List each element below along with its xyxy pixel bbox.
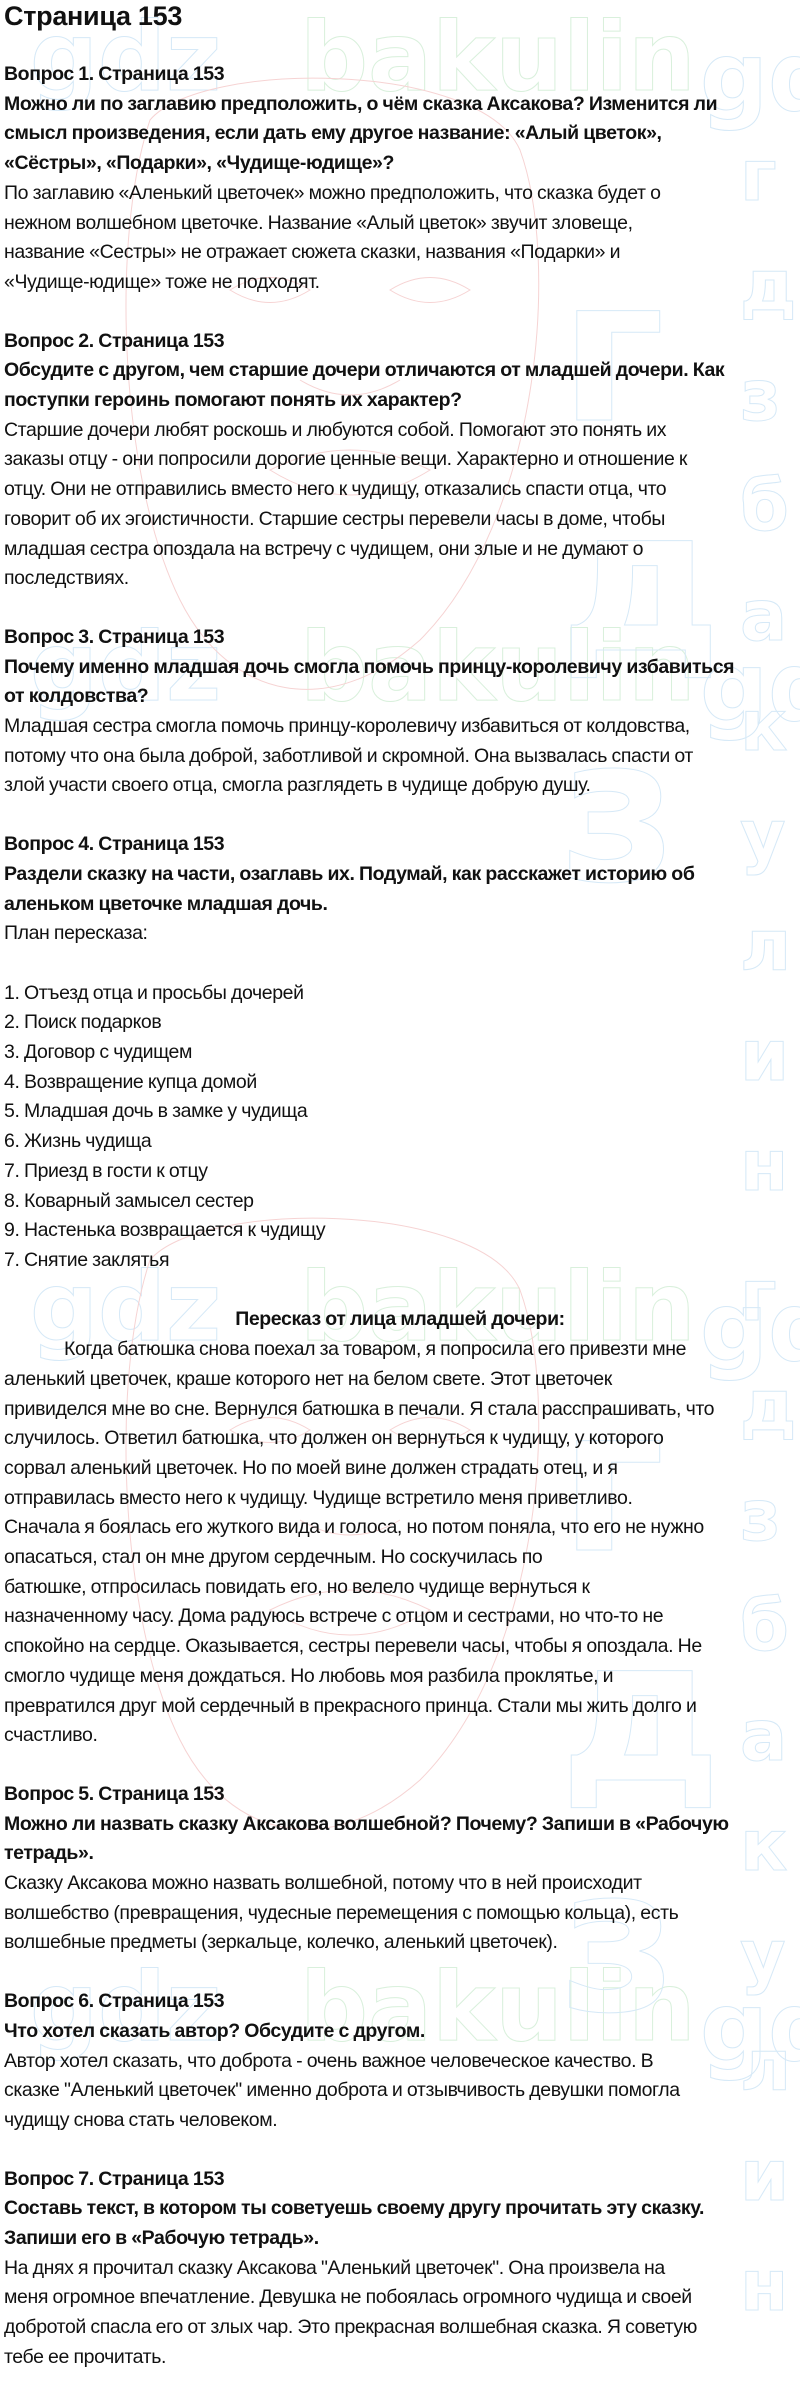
question-text-line: поступки героинь помогают понять их хара… xyxy=(4,386,796,416)
question-text-line: Обсудите с другом, чем старшие дочери от… xyxy=(4,356,796,386)
plan-list-item: 3. Договор с чудищем xyxy=(4,1038,796,1068)
retelling-text-line: Сначала я боялась его жуткого вида и гол… xyxy=(4,1513,796,1543)
answer-text-line: Старшие дочери любят роскошь и любуются … xyxy=(4,416,796,446)
question-text-line: Можно ли назвать сказку Аксакова волшебн… xyxy=(4,1810,796,1840)
plan-label: План пересказа: xyxy=(4,919,796,949)
plan-list: 1. Отъезд отца и просьбы дочерей2. Поиск… xyxy=(4,979,796,1276)
answer-text-line: меня огромное впечатление. Девушка не по… xyxy=(4,2283,796,2313)
plan-list-item: 2. Поиск подарков xyxy=(4,1008,796,1038)
answer-text-line: младшая сестра опоздала на встречу с чуд… xyxy=(4,535,796,565)
retelling-text-line: сорвал аленький цветочек. Но по моей вин… xyxy=(4,1454,796,1484)
answer-text-line: Младшая сестра смогла помочь принцу-коро… xyxy=(4,712,796,742)
retelling-text-line: батюшке, отпросилась повидать его, но ве… xyxy=(4,1573,796,1603)
page-title: Страница 153 xyxy=(4,0,796,60)
question-text-line: тетрадь». xyxy=(4,1839,796,1869)
question-text-line: Почему именно младшая дочь смогла помочь… xyxy=(4,653,796,683)
plan-list-item: 1. Отъезд отца и просьбы дочерей xyxy=(4,979,796,1009)
question-header: Вопрос 2. Страница 153 xyxy=(4,327,796,357)
question-section-6: Вопрос 6. Страница 153Что хотел сказать … xyxy=(4,1987,796,2136)
question-section-2: Вопрос 2. Страница 153Обсудите с другом,… xyxy=(4,327,796,594)
answer-text-line: потому что она была доброй, заботливой и… xyxy=(4,742,796,772)
answer-text-line: По заглавию «Аленький цветочек» можно пр… xyxy=(4,179,796,209)
question-text-line: Раздели сказку на части, озаглавь их. По… xyxy=(4,860,796,890)
retelling-title: Пересказ от лица младшей дочери: xyxy=(4,1305,796,1335)
question-text-line: от колдовства? xyxy=(4,682,796,712)
question-section-3: Вопрос 3. Страница 153Почему именно млад… xyxy=(4,623,796,801)
spacer xyxy=(4,949,796,979)
question-text-line: Можно ли по заглавию предположить, о чём… xyxy=(4,90,796,120)
retelling-text-line: спокойно на сердце. Оказывается, сестры … xyxy=(4,1632,796,1662)
page-content: Страница 153 Вопрос 1. Страница 153Можно… xyxy=(0,0,800,2373)
answer-text-line: На днях я прочитал сказку Аксакова "Ален… xyxy=(4,2254,796,2284)
answer-text-line: чудищу снова стать человеком. xyxy=(4,2106,796,2136)
answer-text-line: нежном волшебном цветочке. Название «Алы… xyxy=(4,209,796,239)
question-text-line: Составь текст, в котором ты советуешь св… xyxy=(4,2194,796,2224)
answer-text-line: добротой спасла его от злых чар. Это пре… xyxy=(4,2313,796,2343)
answer-text-line: злой участи своего отца, смогла разгляде… xyxy=(4,771,796,801)
question-text-line: смысл произведения, если дать ему другое… xyxy=(4,119,796,149)
question-header: Вопрос 3. Страница 153 xyxy=(4,623,796,653)
plan-list-item: 8. Коварный замысел сестер xyxy=(4,1187,796,1217)
plan-list-item: 7. Приезд в гости к отцу xyxy=(4,1157,796,1187)
question-text-line: аленьком цветочке младшая дочь. xyxy=(4,890,796,920)
answer-text-line: волшебство (превращения, чудесные переме… xyxy=(4,1899,796,1929)
answer-text-line: Сказку Аксакова можно назвать волшебной,… xyxy=(4,1869,796,1899)
plan-list-item: 9. Настенька возвращается к чудищу xyxy=(4,1216,796,1246)
answer-text-line: сказке "Аленький цветочек" именно доброт… xyxy=(4,2076,796,2106)
plan-list-item: 4. Возвращение купца домой xyxy=(4,1068,796,1098)
answer-text-line: тебе ее прочитать. xyxy=(4,2343,796,2373)
question-text-line: «Сёстры», «Подарки», «Чудище-юдище»? xyxy=(4,149,796,179)
question-section-4: Вопрос 4. Страница 153Раздели сказку на … xyxy=(4,830,796,1751)
question-header: Вопрос 7. Страница 153 xyxy=(4,2165,796,2195)
retelling-text-line: назначенному часу. Дома радуюсь встрече … xyxy=(4,1602,796,1632)
answer-text-line: волшебные предметы (зеркальце, колечко, … xyxy=(4,1928,796,1958)
question-text-line: Что хотел сказать автор? Обсудите с друг… xyxy=(4,2017,796,2047)
retelling-text-line: отправилась вместо него к чудищу. Чудище… xyxy=(4,1484,796,1514)
retelling-text-line: привиделся мне во сне. Вернулся батюшка … xyxy=(4,1395,796,1425)
answer-text-line: заказы отцу - они попросили дорогие ценн… xyxy=(4,445,796,475)
plan-list-item: 6. Жизнь чудища xyxy=(4,1127,796,1157)
answer-text-line: последствиях. xyxy=(4,564,796,594)
retelling-text-line: счастливо. xyxy=(4,1721,796,1751)
answer-text-line: говорит об их эгоистичности. Старшие сес… xyxy=(4,505,796,535)
retelling-text-line: Когда батюшка снова поехал за товаром, я… xyxy=(4,1335,796,1365)
plan-list-item: 5. Младшая дочь в замке у чудища xyxy=(4,1097,796,1127)
retelling-text-line: аленький цветочек, краше которого нет на… xyxy=(4,1365,796,1395)
answer-text-line: название «Сестры» не отражает сюжета ска… xyxy=(4,238,796,268)
plan-list-item: 7. Снятие заклятья xyxy=(4,1246,796,1276)
question-header: Вопрос 1. Страница 153 xyxy=(4,60,796,90)
question-section-5: Вопрос 5. Страница 153Можно ли назвать с… xyxy=(4,1780,796,1958)
retelling-text-line: опасаться, стал он мне другом сердечным.… xyxy=(4,1543,796,1573)
answer-text-line: отцу. Они не отправились вместо него к ч… xyxy=(4,475,796,505)
spacer xyxy=(4,1276,796,1306)
retelling-text-line: превратился друг мой сердечный в прекрас… xyxy=(4,1692,796,1722)
question-text-line: Запиши его в «Рабочую тетрадь». xyxy=(4,2224,796,2254)
question-header: Вопрос 6. Страница 153 xyxy=(4,1987,796,2017)
answer-text-line: Автор хотел сказать, что доброта - очень… xyxy=(4,2047,796,2077)
question-header: Вопрос 4. Страница 153 xyxy=(4,830,796,860)
questions-container: Вопрос 1. Страница 153Можно ли по заглав… xyxy=(4,60,796,2373)
question-section-7: Вопрос 7. Страница 153Составь текст, в к… xyxy=(4,2165,796,2373)
retelling-text-line: смогло чудище меня дождаться. Но любовь … xyxy=(4,1662,796,1692)
answer-text-line: «Чудище-юдище» тоже не подходят. xyxy=(4,268,796,298)
question-section-1: Вопрос 1. Страница 153Можно ли по заглав… xyxy=(4,60,796,298)
retelling-text-line: случилось. Ответил батюшка, что должен о… xyxy=(4,1424,796,1454)
question-header: Вопрос 5. Страница 153 xyxy=(4,1780,796,1810)
